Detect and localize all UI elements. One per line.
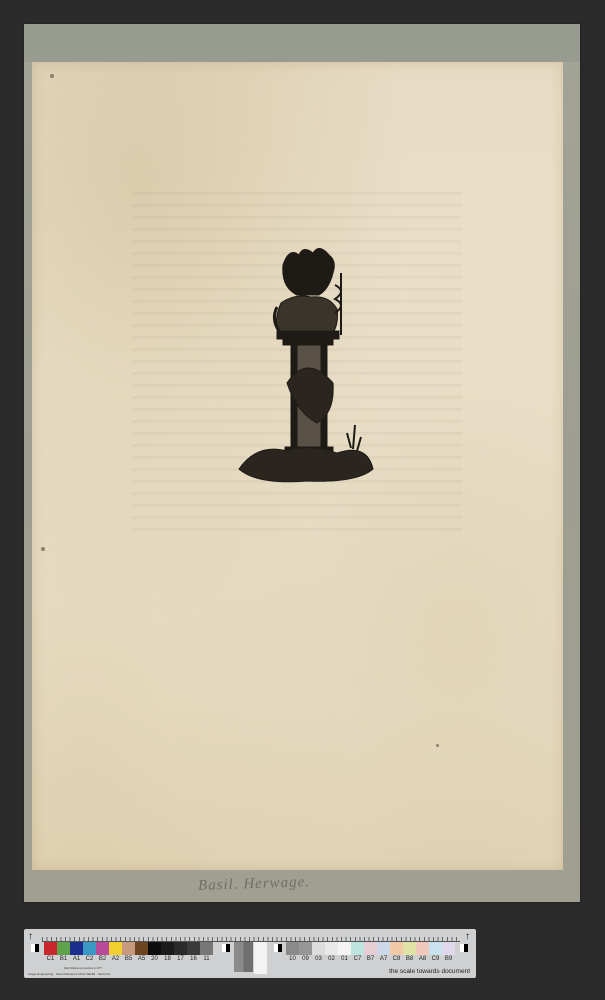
color-patch [135, 942, 148, 955]
color-reference-scale: ↑ ↑ C1B1A1C2B2A2B5A52018171611 Patch Ref… [24, 929, 476, 978]
color-patch [338, 942, 351, 955]
mount-top-band [24, 24, 580, 62]
left-color-patches [44, 942, 213, 955]
color-patch [70, 942, 83, 955]
arrow-up-icon: ↑ [465, 931, 470, 942]
patch-label: A5 [135, 956, 148, 962]
patch-label: B8 [403, 956, 416, 962]
patch-label: B9 [442, 956, 455, 962]
color-patch [364, 942, 377, 955]
color-patch [161, 942, 174, 955]
right-color-patches [286, 942, 455, 955]
color-patch [148, 942, 161, 955]
patch-label: 11 [200, 956, 213, 962]
checker-patch [222, 944, 230, 952]
patch-label: 01 [338, 956, 351, 962]
color-patch [286, 942, 299, 955]
woodcut-printer-device [237, 243, 375, 486]
color-patch [44, 942, 57, 955]
patch-ref-note: Patch Reference numbers on UTT [64, 967, 102, 970]
paper-spot [50, 74, 54, 78]
scale-caption: the scale towards document [389, 968, 470, 975]
patch-label: C1 [44, 956, 57, 962]
patch-label: A8 [416, 956, 429, 962]
patch-label: 02 [325, 956, 338, 962]
patch-label: 03 [312, 956, 325, 962]
paper-spot [436, 744, 439, 747]
color-patch [390, 942, 403, 955]
left-patch-labels: C1B1A1C2B2A2B5A52018171611 [44, 956, 213, 962]
right-patch-labels: 1009030201C7B7A7C8B8A8C9B9 [286, 956, 455, 962]
patch-label: C2 [83, 956, 96, 962]
color-patch [416, 942, 429, 955]
color-patch [325, 942, 338, 955]
patch-label: C7 [351, 956, 364, 962]
color-patch [122, 942, 135, 955]
patch-label: 16 [187, 956, 200, 962]
paper-spot [41, 547, 45, 551]
checker-patch [31, 944, 39, 952]
color-patch [109, 942, 122, 955]
color-patch [200, 942, 213, 955]
patch-label: A2 [109, 956, 122, 962]
patch-label: B5 [122, 956, 135, 962]
resolution-targets [254, 942, 267, 974]
checker-patch [274, 944, 282, 952]
scale-footer: Image Engineering · Scan Reference Chart… [28, 972, 111, 976]
patch-label: C8 [390, 956, 403, 962]
patch-label: 09 [299, 956, 312, 962]
patch-label: B7 [364, 956, 377, 962]
color-patch [299, 942, 312, 955]
patch-label: A7 [377, 956, 390, 962]
color-patch [429, 942, 442, 955]
ruler [42, 933, 460, 942]
color-patch [57, 942, 70, 955]
patch-label: 17 [174, 956, 187, 962]
patch-label: B1 [57, 956, 70, 962]
color-patch [377, 942, 390, 955]
gray-step-wedge [234, 942, 253, 972]
color-patch [403, 942, 416, 955]
color-patch [83, 942, 96, 955]
color-patch [96, 942, 109, 955]
patch-label: 18 [161, 956, 174, 962]
color-patch [174, 942, 187, 955]
patch-label: 10 [286, 956, 299, 962]
color-patch [442, 942, 455, 955]
patch-label: 20 [148, 956, 161, 962]
color-patch [312, 942, 325, 955]
patch-label: B2 [96, 956, 109, 962]
color-patch [187, 942, 200, 955]
patch-label: C9 [429, 956, 442, 962]
checker-patch [460, 944, 468, 952]
patch-label: A1 [70, 956, 83, 962]
arrow-up-icon: ↑ [28, 931, 33, 942]
color-patch [351, 942, 364, 955]
